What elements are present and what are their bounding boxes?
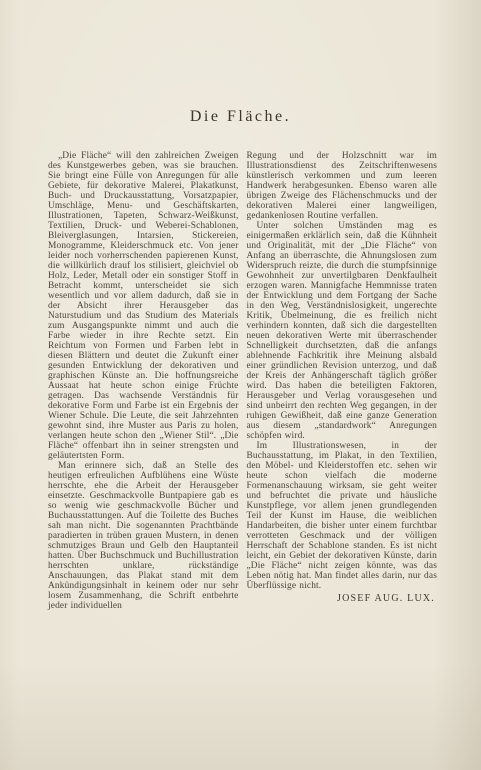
paragraph: Im Illustrationswesen, in der Buchaussta… <box>247 441 438 591</box>
scanned-book-page: Die Fläche. „Die Fläche“ will den zahlre… <box>0 0 481 770</box>
paragraph-continuation: Regung und der Holzschnitt war im Illust… <box>247 151 438 221</box>
paragraph: „Die Fläche“ will den zahlreichen Zweige… <box>48 151 239 461</box>
paragraph: Man erinnere sich, daß an Stelle des heu… <box>48 461 239 611</box>
two-column-text-block: „Die Fläche“ will den zahlreichen Zweige… <box>0 126 481 611</box>
paragraph: Unter solchen Umständen mag es einigerma… <box>247 221 438 441</box>
author-signature: JOSEF AUG. LUX. <box>247 593 436 605</box>
page-title: Die Fläche. <box>0 0 481 126</box>
left-column: „Die Fläche“ will den zahlreichen Zweige… <box>48 151 239 611</box>
right-column: Regung und der Holzschnitt war im Illust… <box>247 151 438 611</box>
